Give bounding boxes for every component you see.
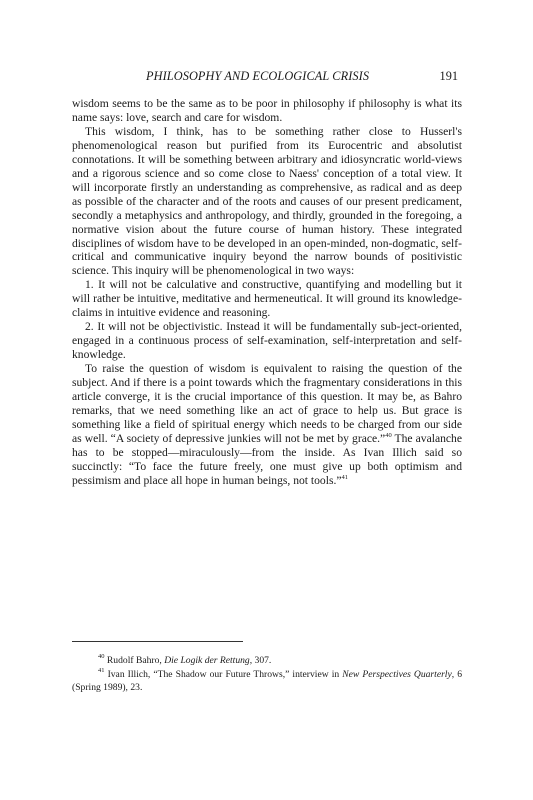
paragraph: This wisdom, I think, has to be somethin…	[72, 125, 462, 278]
footnote: 40 Rudolf Bahro, Die Logik der Rettung, …	[72, 654, 462, 668]
footnotes: 40 Rudolf Bahro, Die Logik der Rettung, …	[72, 654, 462, 695]
footnote-title: Die Logik der Rettung	[164, 655, 250, 666]
footnote-text: Rudolf Bahro,	[105, 655, 165, 666]
footnote: 41 Ivan Illich, “The Shadow our Future T…	[72, 668, 462, 695]
footnote-text: , 307.	[250, 655, 272, 666]
paragraph: To raise the question of wisdom is equiv…	[72, 362, 462, 488]
footnote-text: Ivan Illich, “The Shadow our Future Thro…	[105, 669, 343, 680]
page-number: 191	[440, 69, 458, 84]
footnote-rule	[72, 641, 243, 642]
paragraph: wisdom seems to be the same as to be poo…	[72, 97, 462, 125]
running-title: PHILOSOPHY AND ECOLOGICAL CRISIS	[146, 69, 369, 84]
list-item: 2. It will not be objectivistic. Instead…	[72, 320, 462, 362]
list-item: 1. It will not be calculative and constr…	[72, 278, 462, 320]
body-text: wisdom seems to be the same as to be poo…	[72, 97, 462, 488]
footnote-title: New Perspectives Quarterly	[342, 669, 452, 680]
running-head: PHILOSOPHY AND ECOLOGICAL CRISIS 191	[72, 69, 462, 85]
footnote-ref[interactable]: 41	[342, 474, 349, 481]
